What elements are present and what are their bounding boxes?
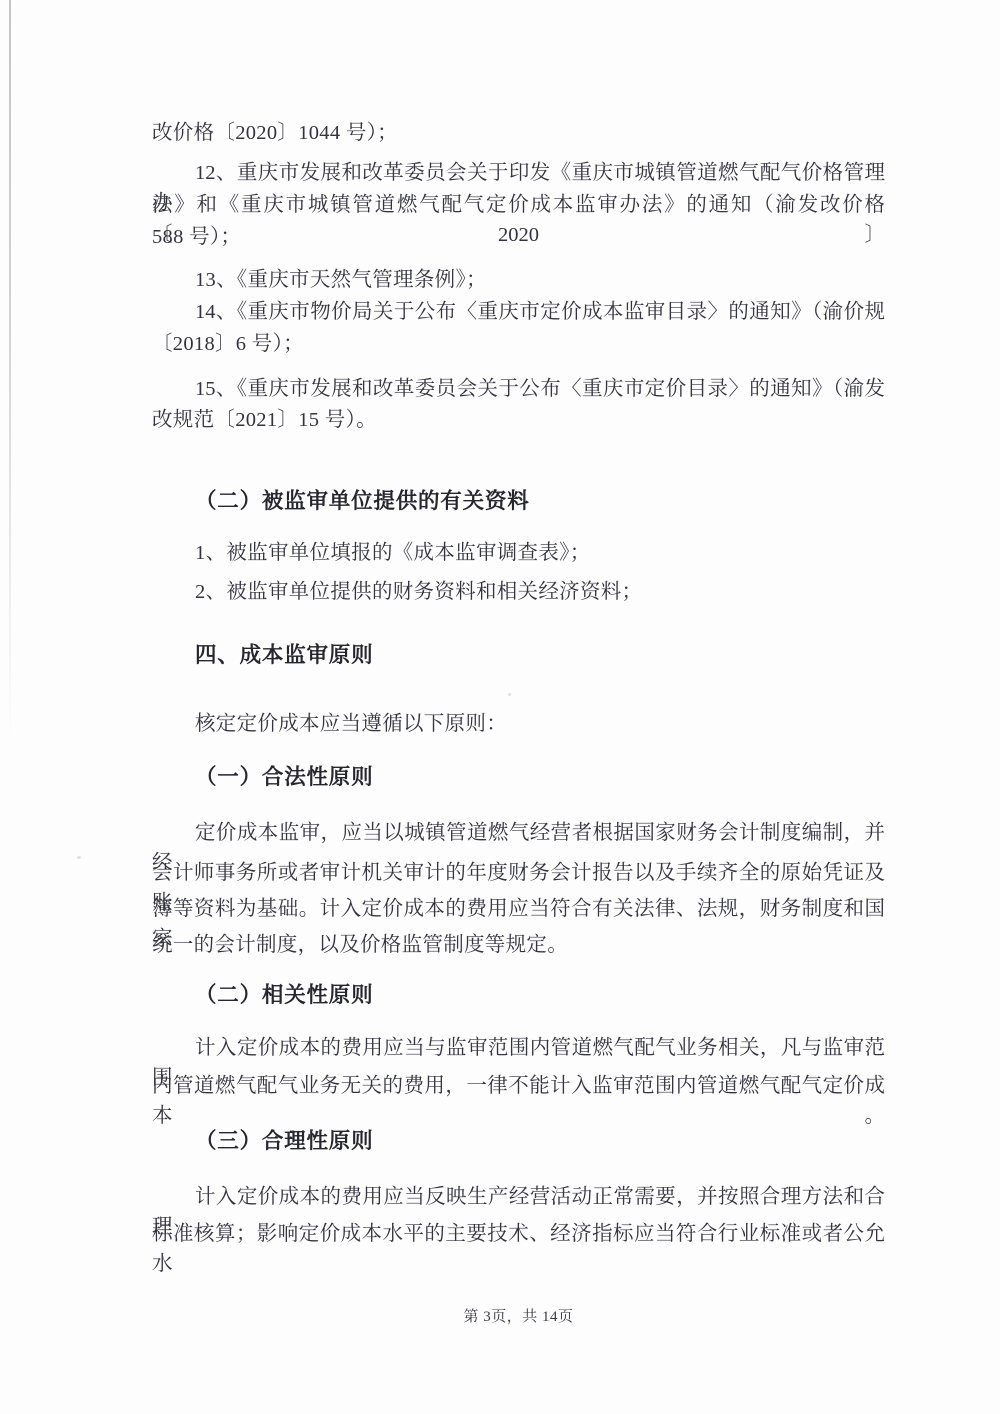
document-line: 14、《重庆市物价局关于公布〈重庆市定价成本监审目录〉的通知》（渝价规: [152, 297, 885, 327]
section-heading: （三）合理性原则: [152, 1126, 885, 1156]
document-line: 统一的会计制度，以及价格监管制度等规定。: [152, 930, 885, 960]
scan-artifact-speck: [77, 856, 81, 859]
scan-artifact-speck: [508, 693, 511, 696]
document-line: 1、被监审单位填报的《成本监审调查表》；: [152, 538, 885, 568]
document-line: 13、《重庆市天然气管理条例》；: [152, 265, 885, 295]
section-heading: （二）相关性原则: [152, 980, 885, 1010]
document-page: 改价格〔2020〕1044 号）； 12、重庆市发展和改革委员会关于印发《重庆市…: [0, 0, 1000, 1414]
page-number: 第 3页，共 14页: [152, 1306, 885, 1328]
section-heading: 四、成本监审原则: [152, 640, 885, 670]
document-line: 〔2018〕6 号）；: [152, 329, 885, 359]
document-line: 标准核算；影响定价成本水平的主要技术、经济指标应当符合行业标准或者公允水: [152, 1219, 885, 1279]
document-line: 改价格〔2020〕1044 号）；: [152, 118, 885, 148]
document-line: 内管道燃气配气业务无关的费用，一律不能计入监审范围内管道燃气配气定价成本。: [152, 1071, 885, 1131]
section-heading: （二）被监审单位提供的有关资料: [152, 486, 885, 516]
scan-artifact-line: [9, 0, 11, 740]
section-heading: （一）合法性原则: [152, 762, 885, 792]
document-line: 2、被监审单位提供的财务资料和相关经济资料；: [152, 577, 885, 607]
document-line: 15、《重庆市发展和改革委员会关于公布〈重庆市定价目录〉的通知》（渝发: [152, 374, 885, 404]
document-line: 核定定价成本应当遵循以下原则：: [152, 709, 885, 739]
document-line: 改规范〔2021〕15 号）。: [152, 405, 885, 435]
document-line: 588 号）；: [152, 222, 885, 252]
